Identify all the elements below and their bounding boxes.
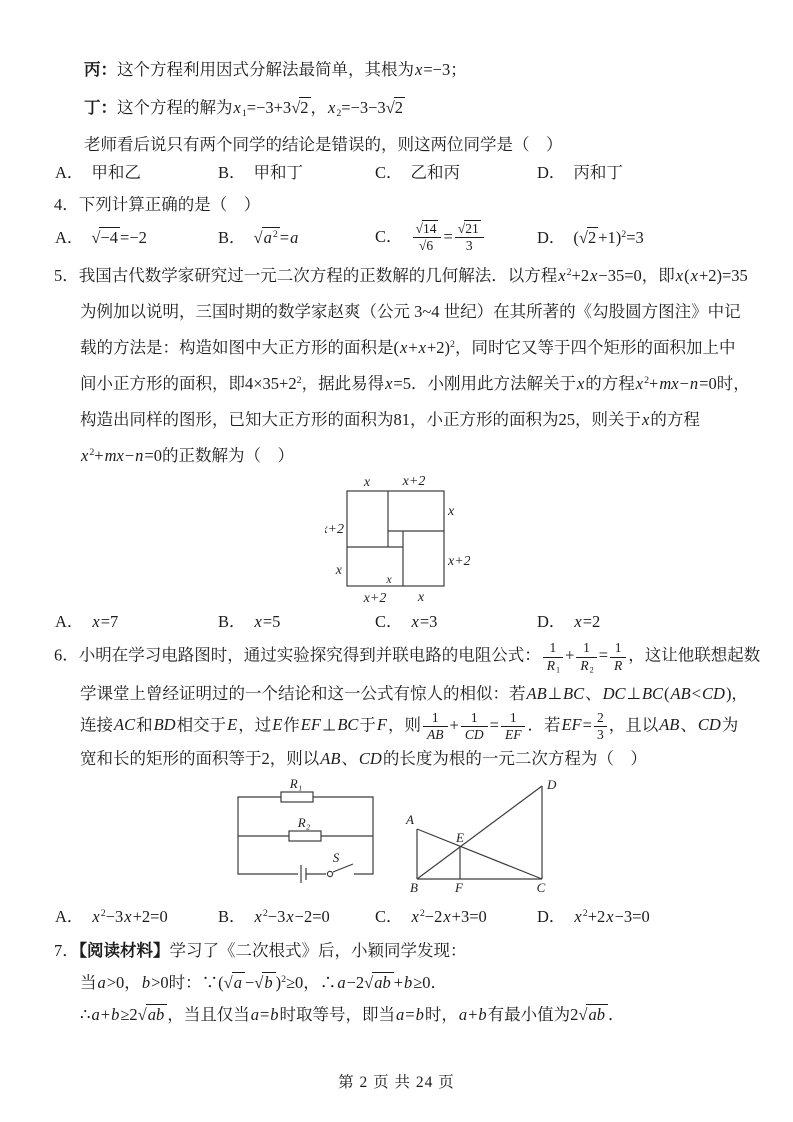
option-letter: D． bbox=[537, 228, 565, 247]
option-content: 丙和丁 bbox=[573, 163, 623, 182]
geometry-label-d: D bbox=[546, 777, 557, 792]
option-content: 甲和乙 bbox=[91, 163, 141, 182]
q5-option-b: B．x=5 bbox=[218, 610, 375, 634]
q6-option-b: B．x2−3x−2=0 bbox=[218, 905, 375, 929]
geometry-label-e: E bbox=[455, 830, 464, 845]
option-letter: B． bbox=[218, 163, 246, 182]
q3-statement-ding: 丁：这个方程的解为x1=−3+3√2，x2=−3−3√2 bbox=[84, 96, 753, 120]
square-label-top-right: x+2 bbox=[402, 474, 426, 489]
q6-line-2: 学课堂上曾经证明过的一个结论和这一公式有惊人的相似：若AB⊥BC、DC⊥BC(A… bbox=[80, 682, 753, 706]
option-content: x2−3x+2=0 bbox=[91, 907, 167, 926]
circuit-figure: R₁ R₂ S bbox=[230, 775, 385, 887]
circuit-label-switch: S bbox=[333, 850, 340, 865]
q3-question-line: 老师看后说只有两个同学的结论是错误的，则这两位同学是（ ） bbox=[84, 133, 753, 157]
option-letter: D． bbox=[537, 907, 565, 926]
option-letter: C． bbox=[375, 907, 403, 926]
page-number-footer: 第 2 页 共 24 页 bbox=[0, 1070, 793, 1092]
square-label-left-bottom: x bbox=[335, 563, 343, 578]
option-content: (√2+1)2=3 bbox=[573, 228, 643, 247]
square-label-right-top: x bbox=[447, 504, 455, 519]
q7-line-1: 7．【阅读材料】学习了《二次根式》后，小颖同学发现： bbox=[54, 939, 753, 963]
option-letter: A． bbox=[55, 612, 83, 631]
option-content: √a2=a bbox=[254, 227, 300, 247]
q5-option-a: A．x=7 bbox=[55, 610, 218, 634]
option-letter: A． bbox=[55, 907, 83, 926]
square-label-left-top: x+2 bbox=[325, 522, 344, 537]
option-letter: C． bbox=[375, 163, 403, 182]
q4-header: 4．下列计算正确的是（ ） bbox=[54, 193, 753, 217]
q4-option-d: D．(√2+1)2=3 bbox=[537, 226, 753, 250]
option-letter: D． bbox=[537, 612, 565, 631]
option-letter: A． bbox=[55, 163, 83, 182]
option-content: x=2 bbox=[573, 612, 600, 631]
q5-line-6: x2+mx−n=0的正数解为（ ） bbox=[80, 444, 753, 468]
geometry-label-a: A bbox=[405, 812, 414, 827]
option-content: x2+2x−3=0 bbox=[573, 907, 649, 926]
square-label-bottom-right: x bbox=[417, 590, 425, 605]
q3-statement-bing: 丙：这个方程利用因式分解法最简单，其根为x=−3； bbox=[84, 58, 753, 82]
option-letter: C． bbox=[375, 612, 403, 631]
q6-line-3: 连接AC和BD相交于E，过E作EF⊥BC于F，则1AB+1CD=1EF．若EF=… bbox=[80, 710, 753, 743]
q5-line-1: 5．我国古代数学家研究过一元二次方程的正数解的几何解法．以方程x2+2x−35=… bbox=[54, 264, 753, 288]
option-content: x=7 bbox=[91, 612, 118, 631]
q5-option-c: C．x=3 bbox=[375, 610, 537, 634]
exam-page: 丙：这个方程利用因式分解法最简单，其根为x=−3； 丁：这个方程的解为x1=−3… bbox=[0, 0, 793, 1122]
option-letter: B． bbox=[218, 228, 246, 247]
option-content: √−4=−2 bbox=[91, 227, 147, 247]
q7-line-2: 当a>0，b>0时：∵(√a−√b)2≥0，∴a−2√ab+b≥0． bbox=[80, 971, 753, 995]
pinwheel-square-figure: x x+2 x+2 x x x+2 x+2 x x bbox=[48, 470, 753, 604]
geometry-label-c: C bbox=[537, 880, 546, 895]
q5-options: A．x=7 B．x=5 C．x=3 D．x=2 bbox=[55, 610, 753, 634]
geometry-figure: A B C D E F bbox=[400, 775, 568, 901]
square-label-inner: x bbox=[385, 572, 392, 586]
option-letter: B． bbox=[218, 907, 246, 926]
option-letter: C． bbox=[375, 227, 403, 246]
circuit-label-r1: R₁ bbox=[289, 776, 302, 791]
q6-line-1: 6．小明在学习电路图时，通过实验探究得到并联电路的电阻公式：1R1+1R2=1R… bbox=[54, 640, 753, 673]
q3-options: A．甲和乙 B．甲和丁 C．乙和丙 D．丙和丁 bbox=[55, 161, 753, 185]
q4-option-a: A．√−4=−2 bbox=[55, 226, 218, 250]
square-label-top-left: x bbox=[363, 475, 371, 490]
option-content: x2−3x−2=0 bbox=[254, 907, 330, 926]
q4-option-b: B．√a2=a bbox=[218, 226, 375, 250]
q5-option-d: D．x=2 bbox=[537, 610, 753, 634]
q3-option-c: C．乙和丙 bbox=[375, 161, 537, 185]
q6-option-d: D．x2+2x−3=0 bbox=[537, 905, 753, 929]
q5-line-5: 构造出同样的图形，已知大正方形的面积为81，小正方形的面积为25，则关于x的方程 bbox=[80, 408, 753, 432]
option-content: x2−2x+3=0 bbox=[411, 907, 487, 926]
geometry-label-b: B bbox=[410, 880, 418, 895]
q5-line-4: 间小正方形的面积，即4×35+22，据此易得x=5．小刚用此方法解关于x的方程x… bbox=[80, 372, 753, 396]
option-content: x=5 bbox=[254, 612, 281, 631]
q3-option-b: B．甲和丁 bbox=[218, 161, 375, 185]
q4-options: A．√−4=−2 B．√a2=a C．√14√6=√213 D．(√2+1)2=… bbox=[55, 221, 753, 254]
option-letter: B． bbox=[218, 612, 246, 631]
q3-option-d: D．丙和丁 bbox=[537, 161, 753, 185]
q7-line-3: ∴a+b≥2√ab，当且仅当a=b时取等号，即当a=b时，a+b有最小值为2√a… bbox=[80, 1003, 753, 1027]
q6-options: A．x2−3x+2=0 B．x2−3x−2=0 C．x2−2x+3=0 D．x2… bbox=[55, 905, 753, 929]
q6-line-4: 宽和长的矩形的面积等于2，则以AB、CD的长度为根的一元二次方程为（ ） bbox=[80, 747, 753, 771]
option-content: 乙和丙 bbox=[411, 163, 461, 182]
option-content: x=3 bbox=[411, 612, 438, 631]
option-letter: A． bbox=[55, 228, 83, 247]
q3-option-a: A．甲和乙 bbox=[55, 161, 218, 185]
square-label-right-bottom: x+2 bbox=[447, 554, 470, 569]
q6-figures: R₁ R₂ S A B C D E F bbox=[48, 775, 753, 901]
geometry-label-f: F bbox=[454, 880, 464, 895]
q6-option-a: A．x2−3x+2=0 bbox=[55, 905, 218, 929]
square-label-bottom-left: x+2 bbox=[363, 591, 387, 606]
q5-line-3: 载的方法是：构造如图中大正方形的面积是(x+x+2)2，同时它又等于四个矩形的面… bbox=[80, 336, 753, 360]
option-content: √14√6=√213 bbox=[411, 227, 486, 246]
option-letter: D． bbox=[537, 163, 565, 182]
option-content: 甲和丁 bbox=[254, 163, 304, 182]
q4-option-c: C．√14√6=√213 bbox=[375, 221, 537, 254]
q5-line-2: 为例加以说明，三国时期的数学家赵爽（公元 3~4 世纪）在其所著的《勾股圆方图注… bbox=[80, 300, 753, 324]
q6-option-c: C．x2−2x+3=0 bbox=[375, 905, 537, 929]
circuit-label-r2: R₂ bbox=[297, 815, 311, 830]
